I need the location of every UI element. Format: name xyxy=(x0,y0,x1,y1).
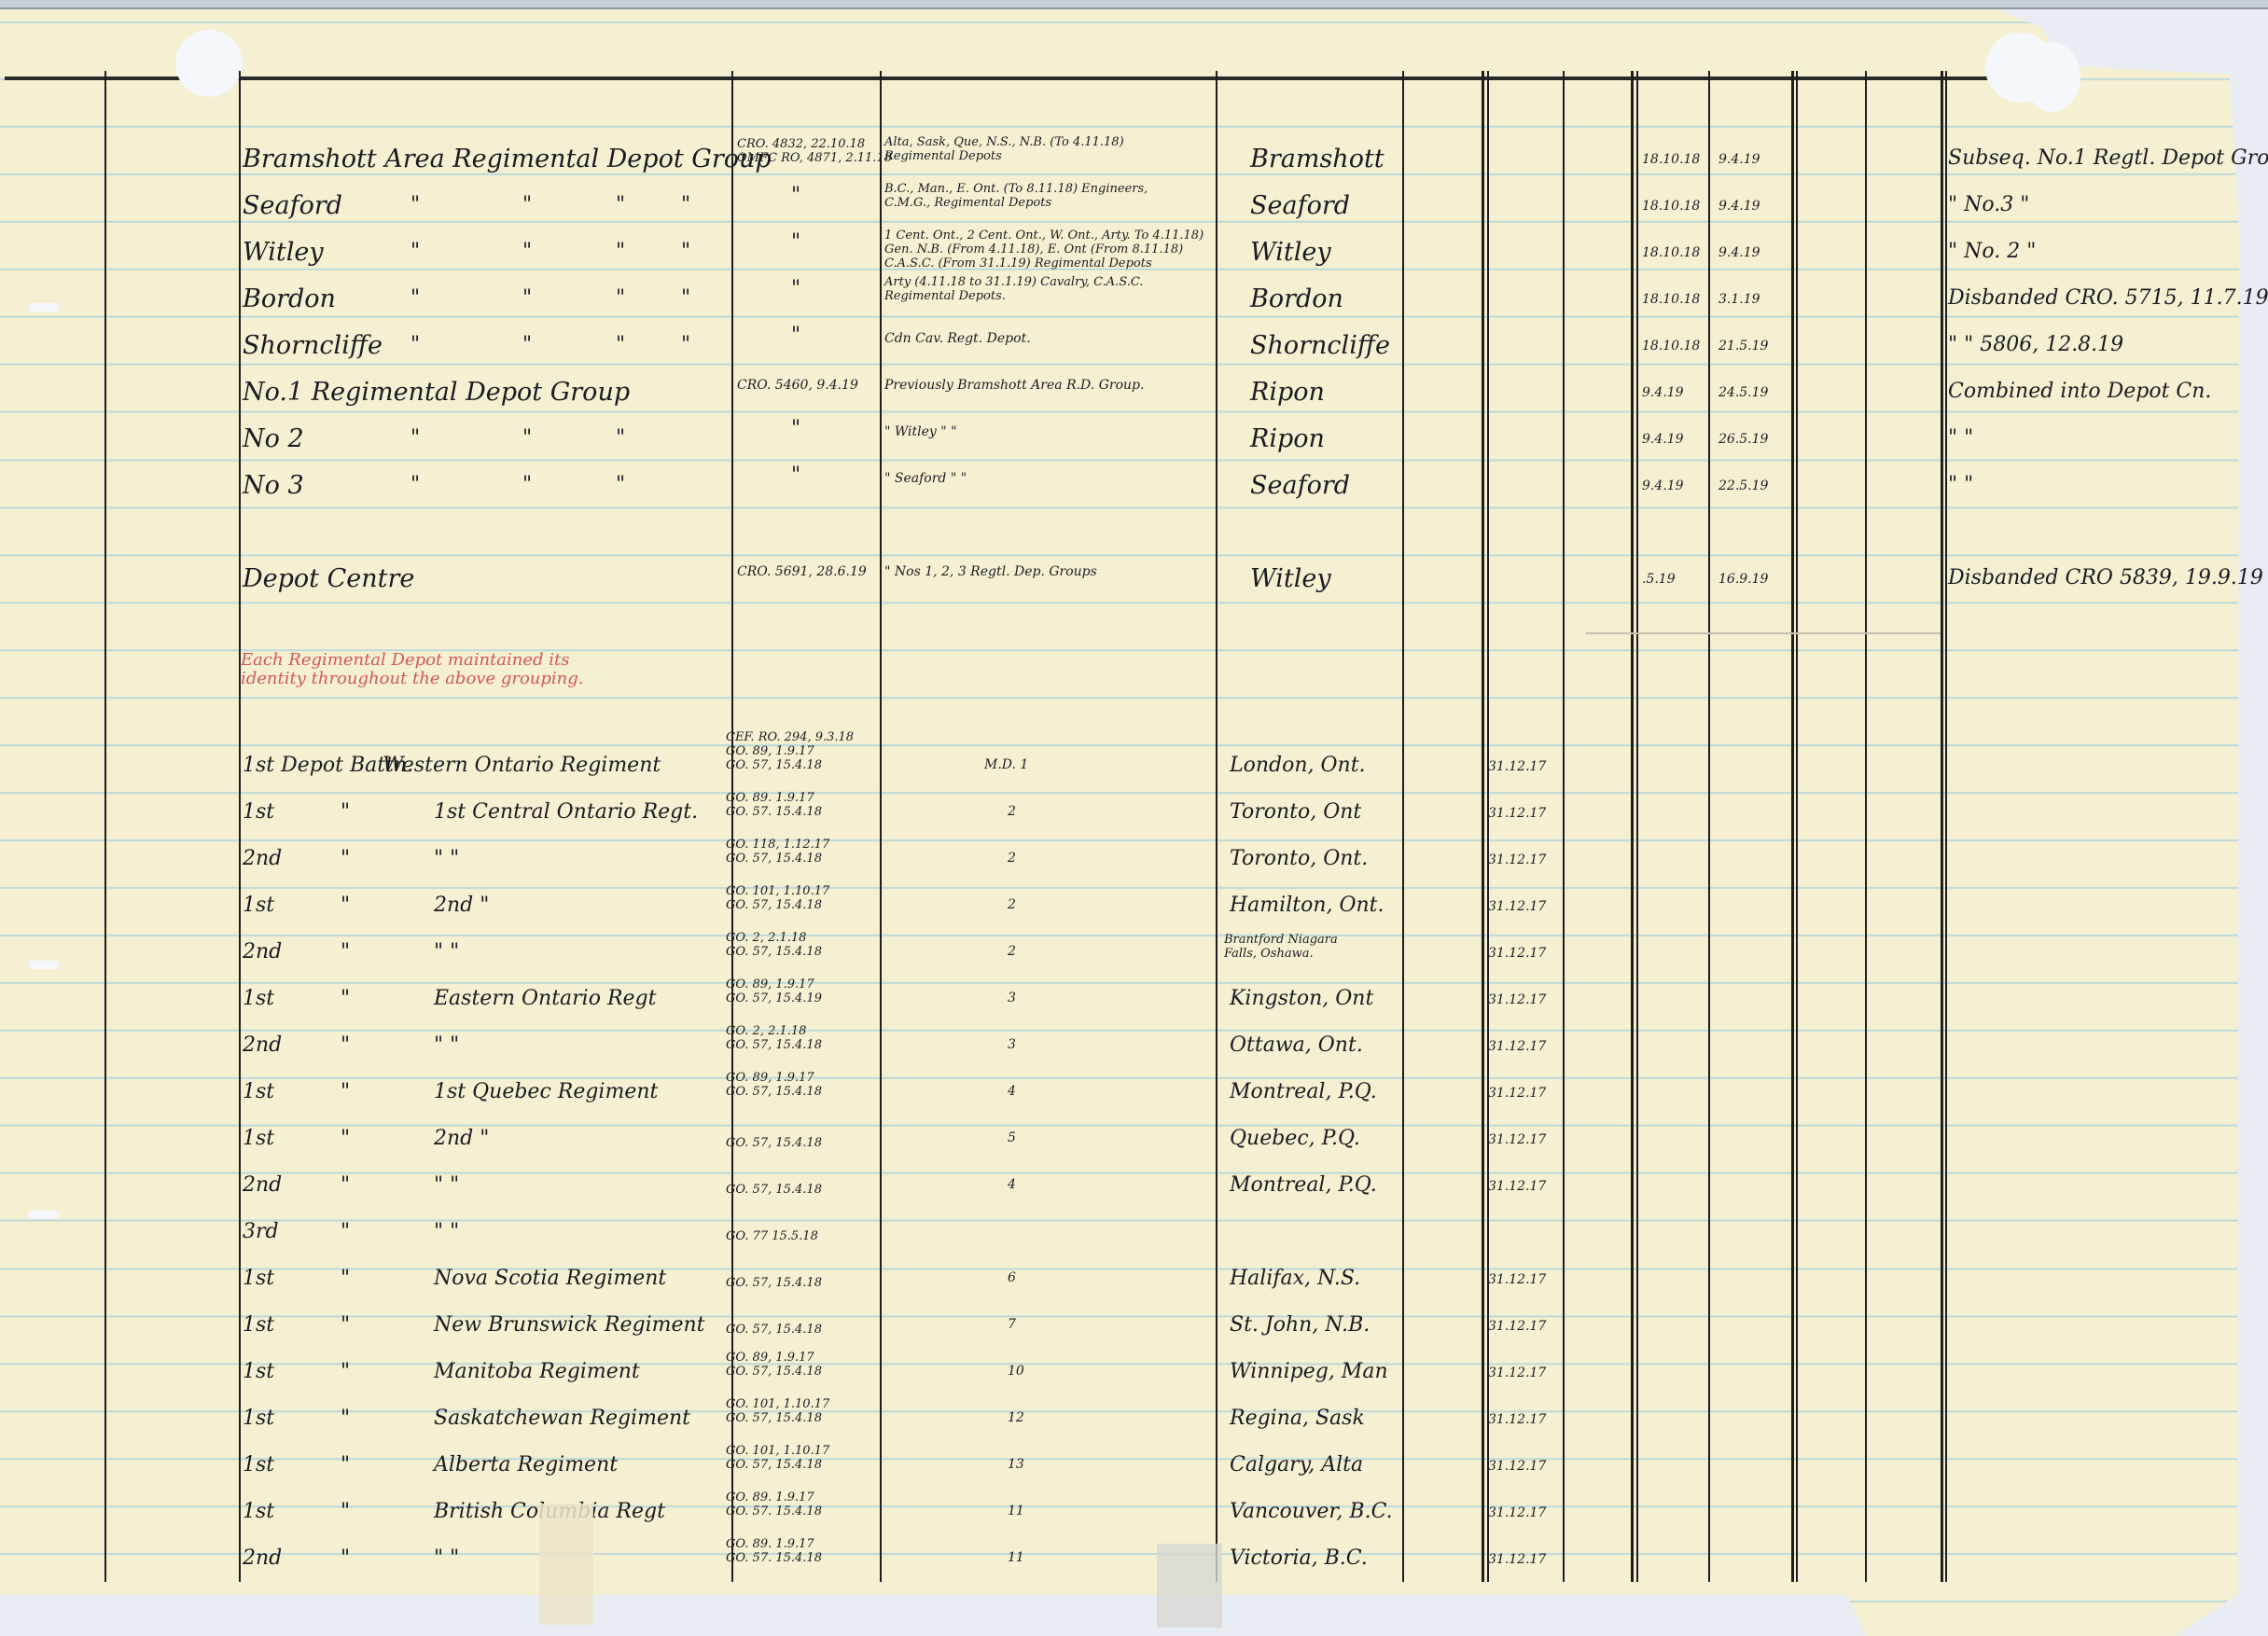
units-included: " Witley " " xyxy=(884,424,957,439)
ditto-mark: " xyxy=(522,333,532,356)
regiment-name: Western Ontario Regiment xyxy=(383,754,661,777)
ditto-mark: " xyxy=(616,193,625,216)
authority-ref: GO. 118, 1.12.17 xyxy=(726,838,829,852)
ditto-mark: " xyxy=(410,333,420,356)
battalion-number: 1st xyxy=(243,1127,274,1150)
date-to: 26.5.19 xyxy=(1718,432,1768,447)
units-included: 1 Cent. Ont., 2 Cent. Ont., W. Ont., Art… xyxy=(884,229,1204,243)
date: 31.12.17 xyxy=(1488,1552,1546,1567)
ditto-mark: " xyxy=(410,193,420,216)
ditto-mark: " xyxy=(341,1453,350,1477)
ditto-mark: " xyxy=(681,286,690,310)
column-rule xyxy=(104,71,106,1582)
authority-ref: GO. 57, 15.4.18 xyxy=(726,945,822,959)
date: 31.12.17 xyxy=(1488,1179,1546,1194)
battalion-number: 2nd xyxy=(243,1033,282,1057)
date-to: 21.5.19 xyxy=(1718,339,1768,354)
location: Regina, Sask xyxy=(1230,1407,1365,1430)
date: 31.12.17 xyxy=(1488,1086,1546,1101)
pencil-arrow xyxy=(1586,632,1941,634)
authority-ref: CRO. 5460, 9.4.19 xyxy=(737,378,858,393)
ditto-mark: " xyxy=(681,240,690,263)
location: Ripon xyxy=(1250,424,1325,453)
authority-ref: GO. 101, 1.10.17 xyxy=(726,884,829,898)
ditto-mark: " xyxy=(341,1267,350,1290)
ditto-mark: " xyxy=(341,1080,350,1103)
remarks: " " xyxy=(1948,473,1973,496)
battalion-number: 1st xyxy=(243,1500,274,1523)
authority-ref: GO. 57, 15.4.18 xyxy=(726,1276,822,1290)
date: 31.12.17 xyxy=(1488,899,1546,914)
units-included: C.A.S.C. (From 31.1.19) Regimental Depot… xyxy=(884,256,1152,270)
ditto-mark: " xyxy=(341,894,350,917)
ditto-mark: " xyxy=(616,473,625,496)
authority-ref: " xyxy=(791,184,800,207)
red-annotation: Each Regimental Depot maintained its ide… xyxy=(241,651,584,688)
authority-ref: OMFC RO, 4871, 2.11.18 xyxy=(737,151,892,165)
ditto-mark: " xyxy=(522,240,532,263)
column-rule xyxy=(1563,71,1565,1582)
column-rule xyxy=(1796,71,1798,1582)
location: Witley xyxy=(1250,564,1331,593)
date: 31.12.17 xyxy=(1488,946,1546,961)
ditto-mark: " xyxy=(522,286,532,310)
regiment-name: Nova Scotia Regiment xyxy=(434,1267,666,1290)
regiment-name: " " xyxy=(434,1173,459,1197)
units-included: Regimental Depots. xyxy=(884,289,1006,303)
regiment-name: Manitoba Regiment xyxy=(434,1360,640,1383)
ditto-mark: " xyxy=(341,1220,350,1243)
battalion-number: 2nd xyxy=(243,1546,282,1570)
ditto-mark: " xyxy=(341,1546,350,1570)
location: Shorncliffe xyxy=(1250,331,1390,360)
battalion-number: 1st xyxy=(243,987,274,1010)
ditto-mark: " xyxy=(616,333,625,356)
date-to: 24.5.19 xyxy=(1718,385,1768,400)
punch-tear xyxy=(28,303,60,312)
authority-ref: GO. 57, 15.4.19 xyxy=(726,991,822,1005)
unit-name: No 3 xyxy=(243,471,304,500)
units-included: Arty (4.11.18 to 31.1.19) Cavalry, C.A.S… xyxy=(884,275,1144,289)
battalion-number: 3rd xyxy=(243,1220,279,1243)
military-district: 3 xyxy=(1008,991,1016,1005)
date-from: 18.10.18 xyxy=(1642,292,1700,307)
date: 31.12.17 xyxy=(1488,1272,1546,1287)
regiment-name: 2nd " xyxy=(434,1127,489,1150)
date-to: 3.1.19 xyxy=(1718,292,1760,307)
authority-ref: GO. 57, 15.4.18 xyxy=(726,1038,822,1052)
military-district: 7 xyxy=(1008,1317,1016,1332)
remarks: " No. 2 " xyxy=(1948,240,2036,263)
battalion-number: 1st xyxy=(243,1080,274,1103)
regiment-name: " " xyxy=(434,940,459,964)
ditto-mark: " xyxy=(341,1313,350,1337)
ditto-mark: " xyxy=(410,240,420,263)
date-from: 9.4.19 xyxy=(1642,385,1684,400)
column-rule xyxy=(1636,71,1638,1582)
date-from: 18.10.18 xyxy=(1642,245,1700,260)
authority-ref: " xyxy=(791,417,800,440)
unit-name: Seaford xyxy=(243,191,342,220)
date-to: 9.4.19 xyxy=(1718,199,1760,214)
authority-ref: GO. 57, 15.4.18 xyxy=(726,1136,822,1150)
location: Victoria, B.C. xyxy=(1230,1546,1368,1570)
military-district: 5 xyxy=(1008,1130,1016,1145)
tape-strip xyxy=(539,1504,593,1625)
date: 31.12.17 xyxy=(1488,1039,1546,1054)
punch-tear xyxy=(28,961,60,969)
unit-name: No.1 Regimental Depot Group xyxy=(243,378,630,407)
military-district: 4 xyxy=(1008,1177,1016,1192)
punch-hole xyxy=(175,30,243,97)
punch-tear xyxy=(28,1211,60,1219)
authority-ref: GO. 101, 1.10.17 xyxy=(726,1444,829,1458)
military-district: 13 xyxy=(1008,1457,1024,1472)
ditto-mark: " xyxy=(616,240,625,263)
column-rule xyxy=(1631,71,1634,1582)
location: Seaford xyxy=(1250,471,1350,500)
date-to: 9.4.19 xyxy=(1718,245,1760,260)
units-included: Previously Bramshott Area R.D. Group. xyxy=(884,378,1144,393)
regiment-name: 1st Quebec Regiment xyxy=(434,1080,658,1103)
ditto-mark: " xyxy=(341,1500,350,1523)
ditto-mark: " xyxy=(410,473,420,496)
military-district: 12 xyxy=(1008,1410,1024,1425)
remarks: " No.3 " xyxy=(1948,193,2029,216)
location: London, Ont. xyxy=(1230,754,1366,777)
unit-name: Bordon xyxy=(243,284,336,313)
ditto-mark: " xyxy=(410,426,420,450)
ditto-mark: " xyxy=(410,286,420,310)
date-from: 18.10.18 xyxy=(1642,339,1700,354)
battalion-number: 2nd xyxy=(243,940,282,964)
remarks: Subseq. No.1 Regtl. Depot Group xyxy=(1948,146,2268,170)
ditto-mark: " xyxy=(341,1173,350,1197)
ditto-mark: " xyxy=(522,426,532,450)
military-district: 11 xyxy=(1008,1504,1024,1518)
regiment-name: 1st Central Ontario Regt. xyxy=(434,800,698,824)
units-included: " Nos 1, 2, 3 Regtl. Dep. Groups xyxy=(884,564,1097,579)
battalion-number: 1st xyxy=(243,894,274,917)
ditto-mark: " xyxy=(341,1033,350,1057)
date-from: .5.19 xyxy=(1642,572,1676,587)
column-rule xyxy=(1402,71,1404,1582)
date: 31.12.17 xyxy=(1488,853,1546,867)
tape-strip xyxy=(1157,1544,1222,1628)
column-rule xyxy=(1941,71,1943,1582)
column-rule xyxy=(1945,71,1947,1582)
authority-ref: " xyxy=(791,324,800,347)
regiment-name: 2nd " xyxy=(434,894,489,917)
unit-name: Depot Centre xyxy=(243,564,414,593)
location: Montreal, P.Q. xyxy=(1230,1080,1377,1103)
regiment-name: " " xyxy=(434,1033,459,1057)
authority-ref: GO. 57. 15.4.18 xyxy=(726,805,822,819)
authority-ref: GO. 89, 1.9.17 xyxy=(726,977,814,991)
date: 31.12.17 xyxy=(1488,992,1546,1007)
location: Brantford NiagaraFalls, Oshawa. xyxy=(1224,933,1338,961)
column-rule xyxy=(239,71,241,1582)
location: St. John, N.B. xyxy=(1230,1313,1370,1337)
battalion-number: 1st xyxy=(243,800,274,824)
date: 31.12.17 xyxy=(1488,1459,1546,1474)
military-district: 2 xyxy=(1008,804,1016,819)
date: 31.12.17 xyxy=(1488,759,1546,774)
location: Toronto, Ont. xyxy=(1230,847,1368,870)
location: Witley xyxy=(1250,238,1331,267)
date-from: 9.4.19 xyxy=(1642,432,1684,447)
authority-ref: GO. 101, 1.10.17 xyxy=(726,1397,829,1411)
authority-ref: GO. 89. 1.9.17 xyxy=(726,1537,814,1551)
authority-ref: GO. 57, 15.4.18 xyxy=(726,1458,822,1472)
units-included: " Seaford " " xyxy=(884,471,967,486)
authority-ref: GO. 2, 2.1.18 xyxy=(726,1024,806,1038)
authority-ref: GO. 89, 1.9.17 xyxy=(726,1351,814,1365)
authority-ref: GO. 89, 1.9.17 xyxy=(726,1071,814,1085)
ditto-mark: " xyxy=(341,1360,350,1383)
column-rule xyxy=(1482,71,1484,1582)
regiment-name: " " xyxy=(434,1220,459,1243)
date-from: 18.10.18 xyxy=(1642,152,1700,167)
date: 31.12.17 xyxy=(1488,1132,1546,1147)
regiment-name: Alberta Regiment xyxy=(434,1453,618,1477)
column-rule xyxy=(1487,71,1489,1582)
date: 31.12.17 xyxy=(1488,1505,1546,1520)
ditto-mark: " xyxy=(341,1407,350,1430)
battalion-number: 1st xyxy=(243,1453,274,1477)
unit-name: No 2 xyxy=(243,424,304,453)
unit-name: Shorncliffe xyxy=(243,331,383,360)
location: Quebec, P.Q. xyxy=(1230,1127,1360,1150)
remarks: Disbanded CRO. 5715, 11.7.19 xyxy=(1948,286,2268,310)
location: Ottawa, Ont. xyxy=(1230,1033,1363,1057)
punch-hole xyxy=(2025,42,2080,112)
authority-ref: GO. 2, 2.1.18 xyxy=(726,931,806,945)
regiment-name: " " xyxy=(434,847,459,870)
location: Bramshott xyxy=(1250,145,1384,173)
column-rule xyxy=(1865,71,1867,1582)
authority-ref: GO. 57, 15.4.18 xyxy=(726,1411,822,1425)
authority-ref: GO. 57, 15.4.18 xyxy=(726,1365,822,1379)
authority-ref: " xyxy=(791,464,800,487)
units-included: Cdn Cav. Regt. Depot. xyxy=(884,331,1031,346)
battalion-number: 1st xyxy=(243,1407,274,1430)
military-district: 2 xyxy=(1008,944,1016,959)
ditto-mark: " xyxy=(522,473,532,496)
authority-ref: GO. 57, 15.4.18 xyxy=(726,898,822,912)
column-rule xyxy=(880,71,882,1582)
location: Bordon xyxy=(1250,284,1343,313)
ditto-mark: " xyxy=(341,1127,350,1150)
authority-ref: " xyxy=(791,230,800,254)
authority-ref: CEF. RO. 294, 9.3.18 xyxy=(726,730,854,744)
ditto-mark: " xyxy=(616,426,625,450)
military-district: 4 xyxy=(1008,1084,1016,1099)
military-district: M.D. 1 xyxy=(984,757,1028,772)
military-district: 10 xyxy=(1008,1364,1024,1379)
authority-ref: GO. 57. 15.4.18 xyxy=(726,1551,822,1565)
units-included: C.M.G., Regimental Depots xyxy=(884,196,1051,210)
military-district: 2 xyxy=(1008,897,1016,912)
ditto-mark: " xyxy=(681,333,690,356)
unit-name: Bramshott Area Regimental Depot Group xyxy=(243,145,772,173)
authority-ref: GO. 89. 1.9.17 xyxy=(726,1490,814,1504)
battalion-number: 2nd xyxy=(243,847,282,870)
military-district: 11 xyxy=(1008,1550,1024,1565)
authority-ref: GO. 77 15.5.18 xyxy=(726,1229,818,1243)
location: Halifax, N.S. xyxy=(1230,1267,1360,1290)
military-district: 3 xyxy=(1008,1037,1016,1052)
column-rule xyxy=(1216,71,1217,1582)
authority-ref: CRO. 5691, 28.6.19 xyxy=(737,564,867,579)
authority-ref: GO. 89. 1.9.17 xyxy=(726,791,814,805)
location: Winnipeg, Man xyxy=(1230,1360,1388,1383)
location: Calgary, Alta xyxy=(1230,1453,1363,1477)
location: Ripon xyxy=(1250,378,1325,407)
location: Vancouver, B.C. xyxy=(1230,1500,1393,1523)
ditto-mark: " xyxy=(341,987,350,1010)
ditto-mark: " xyxy=(616,286,625,310)
remarks: Disbanded CRO 5839, 19.9.19 xyxy=(1948,566,2263,589)
units-included: Gen. N.B. (From 4.11.18), E. Ont (From 8… xyxy=(884,243,1183,256)
regiment-name: " " xyxy=(434,1546,459,1570)
authority-ref: GO. 57, 15.4.18 xyxy=(726,1323,822,1337)
authority-ref: GO. 57, 15.4.18 xyxy=(726,758,822,772)
ditto-mark: " xyxy=(341,800,350,824)
remarks: Combined into Depot Cn. xyxy=(1948,380,2211,403)
column-rule xyxy=(1708,71,1710,1582)
date: 31.12.17 xyxy=(1488,806,1546,821)
date-to: 16.9.19 xyxy=(1718,572,1768,587)
scanner-frame-edge xyxy=(0,0,2268,9)
date-from: 9.4.19 xyxy=(1642,478,1684,493)
units-included: B.C., Man., E. Ont. (To 8.11.18) Enginee… xyxy=(884,182,1148,196)
authority-ref: CRO. 4832, 22.10.18 xyxy=(737,137,865,151)
authority-ref: " xyxy=(791,277,800,300)
remarks: " " xyxy=(1948,426,1973,450)
column-rule xyxy=(1791,71,1794,1582)
top-rule xyxy=(5,76,2052,80)
battalion-number: 1st xyxy=(243,1267,274,1290)
battalion-number: 2nd xyxy=(243,1173,282,1197)
location: Montreal, P.Q. xyxy=(1230,1173,1377,1197)
location: Toronto, Ont xyxy=(1230,800,1361,824)
ditto-mark: " xyxy=(341,847,350,870)
annotation-line: Each Regimental Depot maintained its xyxy=(241,651,584,670)
annotation-line: identity throughout the above grouping. xyxy=(241,670,584,688)
location: Hamilton, Ont. xyxy=(1230,894,1384,917)
units-included: Alta, Sask, Que, N.S., N.B. (To 4.11.18) xyxy=(884,135,1124,149)
date-to: 9.4.19 xyxy=(1718,152,1760,167)
authority-ref: GO. 57, 15.4.18 xyxy=(726,1183,822,1197)
date: 31.12.17 xyxy=(1488,1412,1546,1427)
date: 31.12.17 xyxy=(1488,1366,1546,1380)
battalion-number: 1st xyxy=(243,1313,274,1337)
date-to: 22.5.19 xyxy=(1718,478,1768,493)
ditto-mark: " xyxy=(522,193,532,216)
date: 31.12.17 xyxy=(1488,1319,1546,1334)
battalion-number: 1st xyxy=(243,1360,274,1383)
military-district: 2 xyxy=(1008,851,1016,866)
remarks: " " 5806, 12.8.19 xyxy=(1948,333,2123,356)
unit-name: Witley xyxy=(243,238,324,267)
regiment-name: New Brunswick Regiment xyxy=(434,1313,705,1337)
authority-ref: GO. 57. 15.4.18 xyxy=(726,1504,822,1518)
authority-ref: GO. 57, 15.4.18 xyxy=(726,852,822,866)
regiment-name: Saskatchewan Regiment xyxy=(434,1407,690,1430)
ditto-mark: " xyxy=(681,193,690,216)
authority-ref: GO. 89, 1.9.17 xyxy=(726,744,814,758)
date-from: 18.10.18 xyxy=(1642,199,1700,214)
location: Seaford xyxy=(1250,191,1350,220)
location: Kingston, Ont xyxy=(1230,987,1373,1010)
military-district: 6 xyxy=(1008,1270,1016,1285)
regiment-name: Eastern Ontario Regt xyxy=(434,987,656,1010)
authority-ref: GO. 57, 15.4.18 xyxy=(726,1085,822,1099)
units-included: Regimental Depots xyxy=(884,149,1002,163)
ditto-mark: " xyxy=(341,940,350,964)
